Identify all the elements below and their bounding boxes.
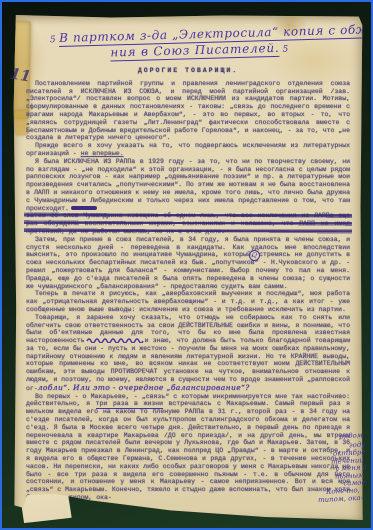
- paragraph-7-text-b: встречалась с Макарьевым. Самый первый р…: [26, 400, 350, 501]
- paragraph-4: Затем, при приеме в союз писателей, в 34…: [26, 236, 350, 291]
- handwritten-header-text-2: ния в Союз Писателей.: [110, 41, 280, 62]
- salutation: ДОРОГИЕ ТОВАРИЩИ.: [26, 67, 350, 75]
- paragraph-2: Прежде всего я хочу указать на то, что п…: [26, 142, 350, 158]
- screenshot-frame: 5В партком з-да „Электросила“ копия с об…: [0, 0, 373, 530]
- insertion-mark-start: 5: [50, 35, 57, 45]
- paragraph-3-text: Я была ИСКЛЮЧЕНА ИЗ РАППа в 1929 году - …: [26, 158, 350, 212]
- typed-letter-body: ДОРОГИЕ ТОВАРИЩИ. Постановлением партийн…: [26, 61, 350, 502]
- archival-corner-mark: 11: [9, 64, 32, 85]
- paragraph-2-underlined: не впервые.: [81, 150, 124, 157]
- paragraph-6: Товарищи, я заранее хочу сказать, что от…: [26, 314, 350, 393]
- paragraph-2-text: Прежде всего я хочу указать на то, что п…: [26, 142, 350, 157]
- handwritten-routing-header: 5В партком з-да „Электросила“ копия с об…: [47, 23, 356, 62]
- paragraph-1: Постановлением партийной группы и правле…: [26, 80, 350, 142]
- handwritten-completion-note: лобли“. Или это - очередное „балансирова…: [38, 383, 250, 392]
- ink-scribble-icon: [86, 337, 144, 343]
- paragraph-3: Я была ИСКЛЮЧЕНА ИЗ РАППа в 1929 году - …: [26, 158, 350, 213]
- crossed-out-passage: затем со слов Чумандрина извещена об одн…: [26, 212, 350, 235]
- paragraph-5: Теперь в печати я рисуюсь, как „авербахо…: [26, 290, 350, 313]
- paragraph-7: Во первых - о Макарьеве, - „связь“ с кот…: [26, 393, 350, 502]
- ink-blot: [71, 206, 97, 210]
- crossed-out-text: затем со слов Чумандрина извещена об одн…: [26, 212, 350, 235]
- document-page: 5В партком з-да „Электросила“ копия с об…: [13, 15, 363, 521]
- insertion-mark-end: 5: [282, 45, 289, 55]
- circled-correction-mark: Q: [249, 250, 260, 261]
- margin-note: рядом: [339, 431, 363, 440]
